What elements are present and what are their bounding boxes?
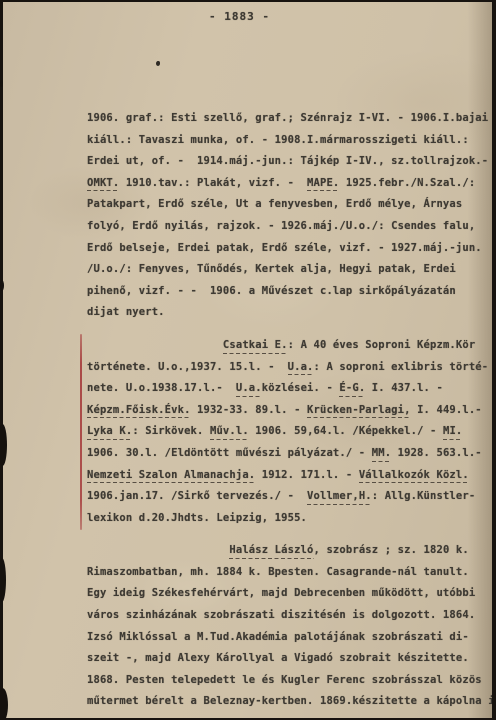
text-segment: Patakpart, Erdő széle, Ut a fenyvesben, … — [87, 198, 462, 210]
text-segment: : Allg.Künstler- — [372, 490, 476, 502]
underlined-text: MAPE. — [307, 177, 339, 192]
text-line: műtermet bérelt a Beleznay-kertben. 1869… — [87, 691, 489, 713]
text-segment: 1906. 59,64.l. /Képekkel./ - — [249, 425, 443, 437]
text-segment: I. 449.l.- — [411, 404, 482, 416]
text-segment: története. U.o.,1937. 15.l. - — [87, 361, 288, 373]
text-line: szeit -, majd Alexy Károllyal a Vigadó s… — [87, 648, 489, 670]
text-line: Csatkai E.: A 40 éves Soproni Képzm.Kör — [87, 335, 489, 357]
text-line: Képzm.Főisk.Évk. 1932-33. 89.l. - Krücke… — [87, 400, 489, 422]
text-line: 1906. 30.l. /Eldöntött művészi pályázat.… — [87, 443, 489, 465]
underlined-text: Halász László — [229, 544, 313, 559]
text-segment: , szobrász ; sz. 1820 k. — [314, 544, 469, 556]
text-line: Halász László, szobrász ; sz. 1820 k. — [87, 540, 489, 562]
text-line: Nemzeti Szalon Almanachja. 1912. 171.l. … — [87, 465, 489, 487]
text-line: dijat nyert. — [87, 302, 489, 324]
text-block: 1906. graf.: Esti szellő, graf.; Szénraj… — [87, 108, 489, 713]
underlined-text: Vollmer,H. — [307, 490, 372, 505]
text-segment: Rimaszombatban, mh. 1884 k. Bpesten. Cas… — [87, 566, 469, 578]
text-line: város szinházának szobrászati diszitésén… — [87, 605, 489, 627]
text-segment: Erdei ut, of. - 1914.máj.-jun.: Tájkép I… — [87, 155, 488, 167]
text-segment: szeit -, majd Alexy Károllyal a Vigadó s… — [87, 652, 469, 664]
underlined-text: É-G. — [339, 382, 365, 397]
scan-edge-top — [0, 0, 496, 2]
scan-edge-right — [492, 0, 496, 720]
text-line: Egy ideig Székesfehérvárt, majd Debrecen… — [87, 583, 489, 605]
text-line: kiáll.: Tavaszi munka, of. - 1908.I.márm… — [87, 130, 489, 152]
text-line: Erdő belseje, Erdei patak, Erdő széle, v… — [87, 238, 489, 260]
underlined-text: Krücken-Parlagi, — [307, 404, 411, 419]
underlined-text: MM. — [372, 447, 391, 462]
text-segment: I. 437.l. - — [365, 382, 443, 394]
text-line: története. U.o.,1937. 15.l. - U.a.: A so… — [87, 357, 489, 379]
text-segment: 1868. Pesten telepedett le és Kugler Fer… — [87, 674, 482, 686]
text-segment: 1906. graf.: Esti szellő, graf.; Szénraj… — [87, 112, 488, 124]
text-segment: 1906. 30.l. /Eldöntött művészi pályázat.… — [87, 447, 372, 459]
text-line: Patakpart, Erdő széle, Ut a fenyvesben, … — [87, 194, 489, 216]
text-line: OMKT. 1910.tav.: Plakát, vizf. - MAPE. 1… — [87, 173, 489, 195]
text-line: lexikon d.20.Jhdts. Leipzig, 1955. — [87, 508, 489, 530]
text-segment — [87, 339, 223, 351]
text-line: /U.o./: Fenyves, Tűnődés, Kertek alja, H… — [87, 259, 489, 281]
text-segment — [87, 544, 229, 556]
underlined-text: U.a. — [236, 382, 262, 397]
text-segment: Izsó Miklóssal a M.Tud.Akadémia palotájá… — [87, 631, 469, 643]
underlined-text: Lyka K. — [87, 425, 132, 440]
text-segment: 1912. 171.l. - — [255, 469, 359, 481]
text-segment: lexikon d.20.Jhdts. Leipzig, 1955. — [87, 512, 307, 524]
text-segment: pihenő, vizf. - - 1906. a Művészet c.lap… — [87, 285, 456, 297]
text-segment: Egy ideig Székesfehérvárt, majd Debrecen… — [87, 587, 475, 599]
text-line: 1906.jan.17. /Sirkő tervezés./ - Vollmer… — [87, 486, 489, 508]
page-number: - 1883 - — [209, 10, 270, 23]
text-segment: folyó, Erdő nyilás, rajzok. - 1926.máj./… — [87, 220, 475, 232]
text-line: folyó, Erdő nyilás, rajzok. - 1926.máj./… — [87, 216, 489, 238]
text-segment: város szinházának szobrászati diszitésén… — [87, 609, 475, 621]
scan-edge-left — [0, 0, 3, 720]
text-segment: Erdő belseje, Erdei patak, Erdő széle, v… — [87, 242, 482, 254]
entry-continuation-exhibitions: 1906. graf.: Esti szellő, graf.; Szénraj… — [87, 108, 489, 324]
scanned-page: - 1883 - 1906. graf.: Esti szellő, graf.… — [3, 2, 492, 718]
text-segment: kiáll.: Tavaszi munka, of. - 1908.I.márm… — [87, 134, 469, 146]
text-line: Rimaszombatban, mh. 1884 k. Bpesten. Cas… — [87, 562, 489, 584]
text-segment: 1925.febr./N.Szal./: — [339, 177, 475, 189]
underlined-text: MI. — [443, 425, 462, 440]
scan-edge-blemish — [0, 280, 4, 291]
text-line: pihenő, vizf. - - 1906. a Művészet c.lap… — [87, 281, 489, 303]
text-line: nete. U.o.1938.17.l.- U.a.közlései. - É-… — [87, 378, 489, 400]
text-line: 1906. graf.: Esti szellő, graf.; Szénraj… — [87, 108, 489, 130]
text-segment: 1928. 563.l.- — [391, 447, 482, 459]
text-line: Erdei ut, of. - 1914.máj.-jun.: Tájkép I… — [87, 151, 489, 173]
text-segment: /U.o./: Fenyves, Tűnődés, Kertek alja, H… — [87, 263, 456, 275]
text-segment: : A 40 éves Soproni Képzm.Kör — [288, 339, 476, 351]
text-segment: : Sirkövek. — [132, 425, 210, 437]
text-segment: 1906.jan.17. /Sirkő tervezés./ - — [87, 490, 307, 502]
underlined-text: Csatkai E. — [223, 339, 288, 354]
text-line: Izsó Miklóssal a M.Tud.Akadémia palotájá… — [87, 627, 489, 649]
bibliography-paragraph: Csatkai E.: A 40 éves Soproni Képzm.Kört… — [87, 335, 489, 529]
text-segment: műtermet bérelt a Beleznay-kertben. 1869… — [87, 695, 495, 707]
underlined-text: Vállalkozók Közl. — [359, 469, 469, 484]
underlined-text: Műv.l. — [210, 425, 249, 440]
underlined-text: Képzm.Főisk.Évk. — [87, 404, 191, 419]
underlined-text: Nemzeti Szalon Almanachja. — [87, 469, 255, 484]
margin-line-red — [80, 334, 82, 530]
text-line: Lyka K.: Sirkövek. Műv.l. 1906. 59,64.l.… — [87, 421, 489, 443]
text-segment: dijat nyert. — [87, 306, 165, 318]
text-segment: : A soproni exlibris törté- — [314, 361, 489, 373]
text-segment: nete. U.o.1938.17.l.- — [87, 382, 236, 394]
entry-halasz-laszlo: Halász László, szobrász ; sz. 1820 k.Rim… — [87, 540, 489, 713]
ink-dot-mark — [156, 61, 160, 66]
underlined-text: OMKT. — [87, 177, 119, 192]
scan-edge-blemish — [0, 80, 3, 87]
text-segment: 1910.tav.: Plakát, vizf. - — [119, 177, 307, 189]
text-segment: 1932-33. 89.l. - — [191, 404, 308, 416]
text-segment: közlései. - — [262, 382, 340, 394]
underlined-text: U.a. — [288, 361, 314, 376]
text-line: 1868. Pesten telepedett le és Kugler Fer… — [87, 670, 489, 692]
